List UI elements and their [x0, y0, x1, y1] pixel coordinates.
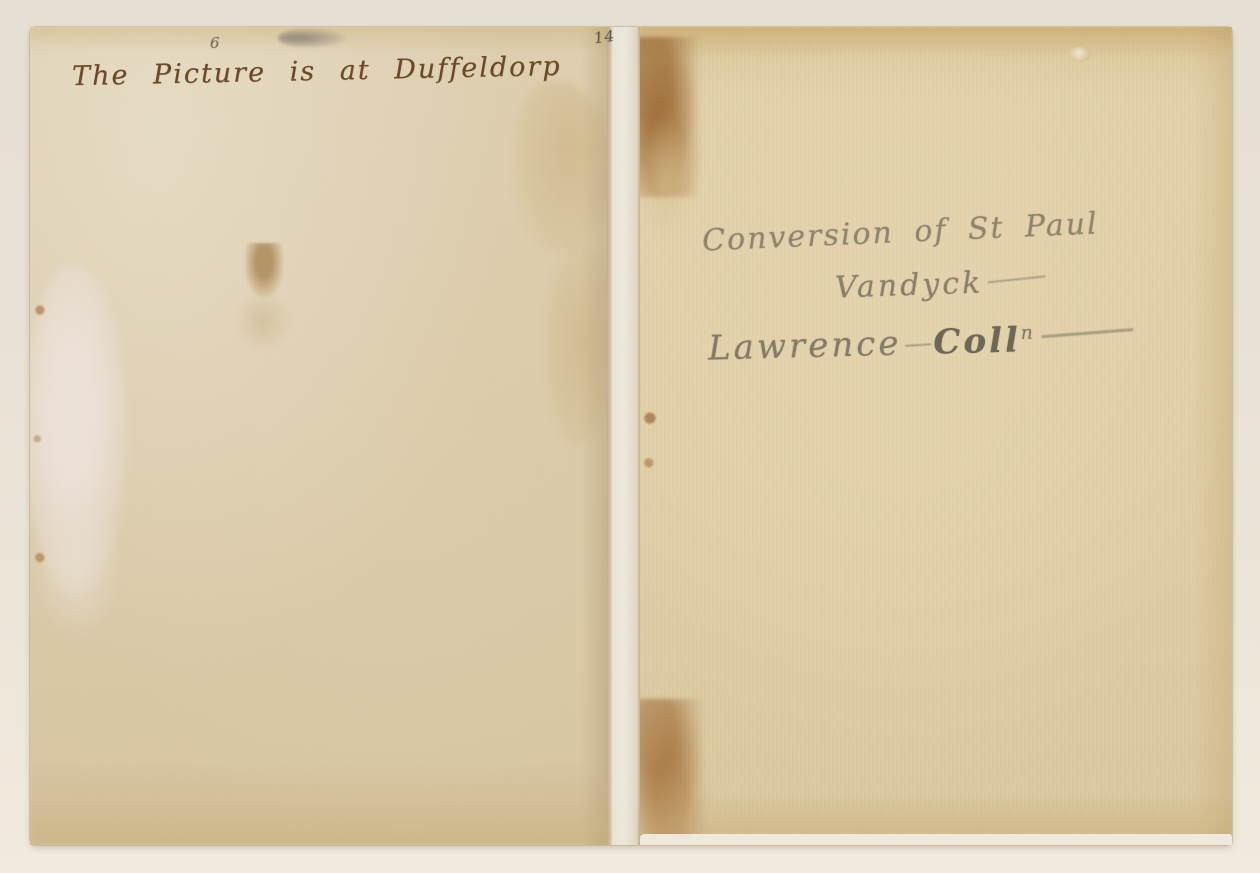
stain-top-edge-band-left	[30, 27, 607, 53]
foxing-spots-left-edge	[30, 287, 48, 617]
photograph-backdrop: The Picture is at Duffeldorp 6 Conversio…	[0, 0, 1260, 873]
ink-inscription: The Picture is at Duffeldorp	[72, 52, 562, 92]
shade-bottom-edge-right	[640, 793, 1232, 835]
pencil-numeral-14: 14	[593, 27, 616, 48]
gray-smudge-top-edge	[278, 28, 346, 48]
shade-right-edge	[1192, 27, 1232, 845]
pencil-flourish	[988, 275, 1046, 283]
stain-brown-upper-left	[640, 37, 702, 197]
pencil-inscription-title: Conversion of St Paul	[701, 206, 1099, 258]
pencil-collector-name: Lawrence	[708, 324, 902, 369]
stain-mottled-upper-center	[516, 82, 607, 250]
stain-mottled-mid-center	[546, 242, 607, 447]
brown-blot-halo	[235, 291, 291, 351]
fold-shadow-left-panel	[581, 27, 607, 845]
paper-sheet: The Picture is at Duffeldorp 6 Conversio…	[30, 27, 1232, 845]
pencil-numeral-6: 6	[210, 34, 221, 52]
paper-right-panel: Conversion of St Paul Vandyck LawrenceCo…	[640, 27, 1232, 845]
laid-paper-texture	[640, 27, 1232, 845]
joining-paper-strip	[607, 27, 640, 845]
stain-abraded-left	[642, 122, 692, 237]
pencil-inscription-collection: LawrenceColln	[708, 317, 1135, 368]
pencil-collection-superscript: n	[1020, 323, 1036, 344]
stain-top-edge-band-right	[640, 27, 1232, 59]
pencil-flourish-long	[1041, 328, 1133, 338]
paper-chip-top-right	[1070, 47, 1090, 62]
pencil-inscription-artist: Vandyck	[834, 263, 1046, 305]
stain-brown-lower-left	[640, 699, 706, 841]
laid-paper-texture	[30, 27, 607, 845]
pencil-collection-abbrev: Coll	[933, 320, 1022, 362]
stain-pale-left-edge-lower	[34, 487, 120, 637]
paper-left-panel: The Picture is at Duffeldorp 6	[30, 27, 607, 845]
stain-bottom-band-left	[30, 765, 607, 845]
pencil-artist-name: Vandyck	[834, 266, 983, 306]
deckle-edge-bottom-right	[640, 834, 1232, 845]
brown-blot	[245, 243, 283, 297]
pencil-connecting-stroke	[905, 343, 931, 347]
foxing-spots-mid-left	[640, 401, 662, 496]
stain-pale-left-edge	[30, 265, 128, 595]
